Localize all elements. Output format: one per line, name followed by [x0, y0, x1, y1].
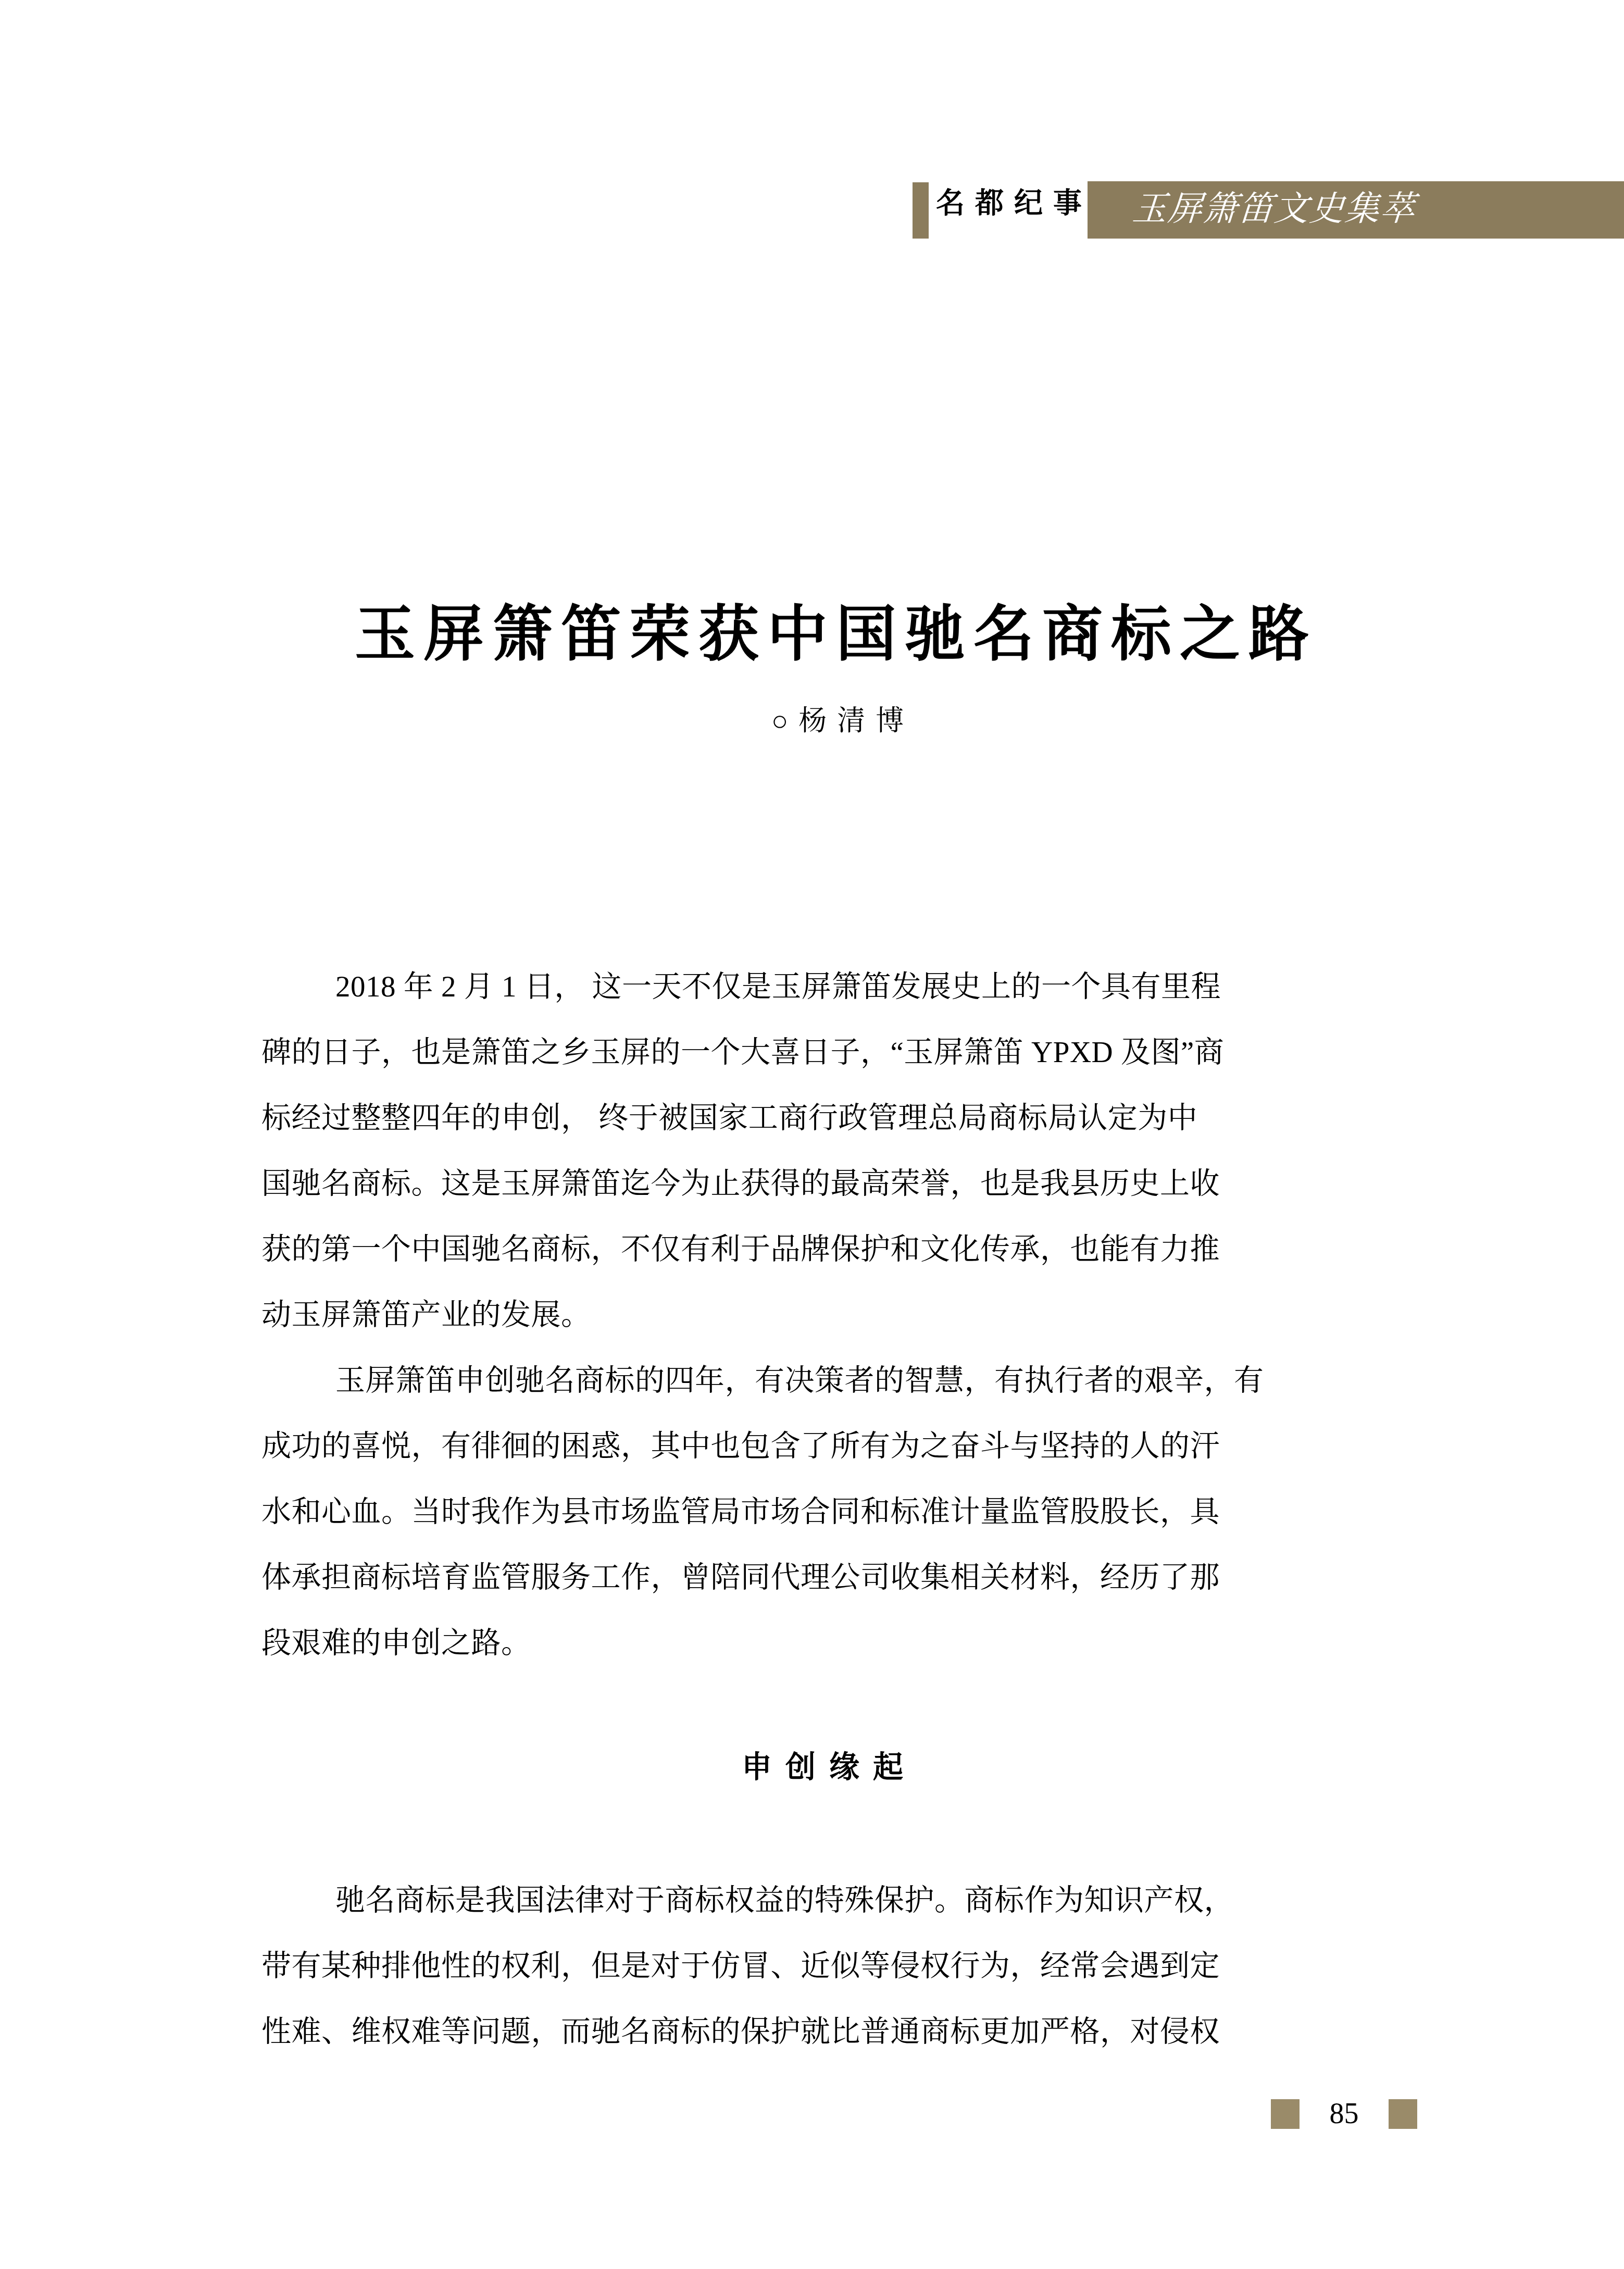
section-heading: 申创缘起	[261, 1752, 1397, 1782]
paragraph1-line: 2018 年 2 月 1 日， 这一天不仅是玉屏箫笛发展史上的一个具有里程	[261, 954, 1397, 1020]
paragraph2-line: 段艰难的申创之路。	[261, 1611, 1397, 1676]
paragraph3-line: 带有某种排他性的权利，但是对于仿冒、近似等侵权行为，经常会遇到定	[261, 1934, 1397, 1999]
header-banner: 玉屏箫笛文史集萃	[1088, 181, 1624, 239]
article-byline: ○杨清博	[275, 704, 1410, 738]
paragraph2-line: 体承担商标培育监管服务工作，曾陪同代理公司收集相关材料，经历了那	[261, 1545, 1397, 1611]
paragraph1-line: 国驰名商标。这是玉屏箫笛迄今为止获得的最高荣誉，也是我县历史上收	[261, 1151, 1397, 1217]
paragraph1-line: 获的第一个中国驰名商标，不仅有利于品牌保护和文化传承，也能有力推	[261, 1217, 1397, 1282]
footer-square-icon	[1389, 2099, 1417, 2129]
paragraph2-line: 水和心血。当时我作为县市场监管局市场合同和标准计量监管股股长，具	[261, 1479, 1397, 1545]
paragraph2-line: 成功的喜悦，有徘徊的困惑，其中也包含了所有为之奋斗与坚持的人的汗	[261, 1414, 1397, 1479]
paragraph3-line: 驰名商标是我国法律对于商标权益的特殊保护。商标作为知识产权，	[261, 1868, 1397, 1934]
paragraph2-line: 玉屏箫笛申创驰名商标的四年，有决策者的智慧，有执行者的艰辛，有	[261, 1348, 1397, 1414]
body-text-block: 2018 年 2 月 1 日， 这一天不仅是玉屏箫笛发展史上的一个具有里程 碑的…	[261, 954, 1397, 1676]
footer-square-icon	[1271, 2099, 1300, 2129]
page-number: 85	[1300, 2097, 1389, 2130]
header-accent-bar	[913, 182, 929, 239]
series-label: 名都纪事	[936, 189, 1092, 217]
paragraph1-line: 动玉屏箫笛产业的发展。	[261, 1282, 1397, 1348]
body-text-block-after-heading: 驰名商标是我国法律对于商标权益的特殊保护。商标作为知识产权， 带有某种排他性的权…	[261, 1868, 1397, 2065]
paragraph3-line: 性难、维权难等问题，而驰名商标的保护就比普通商标更加严格，对侵权	[261, 1999, 1397, 2065]
banner-calligraphy-title: 玉屏箫笛文史集萃	[1131, 189, 1417, 230]
paragraph1-line: 标经过整整四年的申创， 终于被国家工商行政管理总局商标局认定为中	[261, 1086, 1397, 1151]
paragraph1-line: 碑的日子，也是箫笛之乡玉屏的一个大喜日子，“玉屏箫笛 YPXD 及图”商	[261, 1020, 1397, 1086]
article-title: 玉屏箫笛荣获中国驰名商标之路	[284, 602, 1388, 669]
document-page: 名都纪事 玉屏箫笛文史集萃 玉屏箫笛荣获中国驰名商标之路 ○杨清博 2018 年…	[0, 0, 1624, 2269]
